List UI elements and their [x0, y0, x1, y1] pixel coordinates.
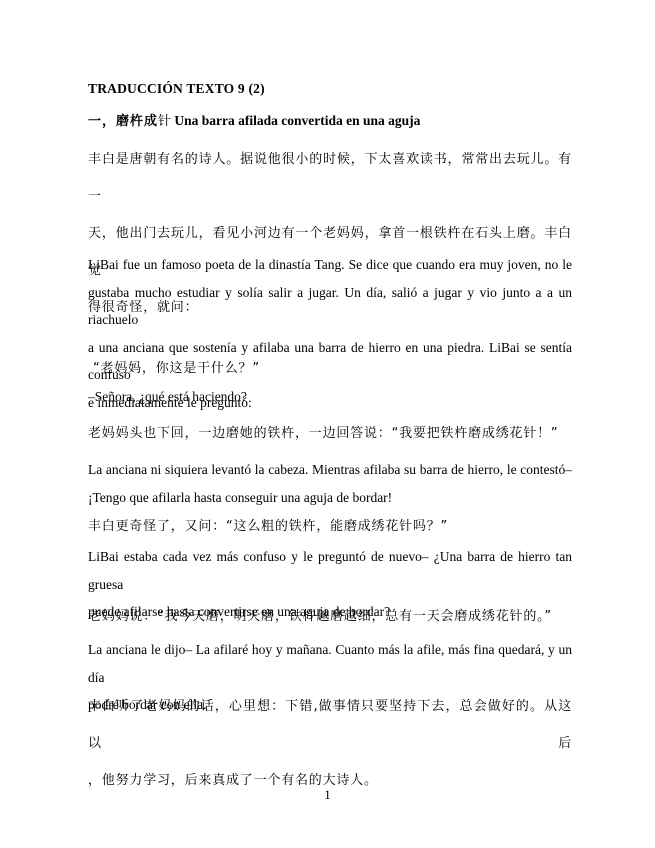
- text-line: gustaba mucho estudiar y solía salir a j…: [88, 279, 572, 334]
- text-line: 老妈妈头也下回，一边磨她的铁杵，一边回答说：“我要把铁杵磨成绣花针！”: [88, 415, 572, 452]
- chinese-quote-1: “老妈妈，你这是干什么？”: [88, 350, 572, 387]
- section-heading: 一，磨杵成针 Una barra afilada convertida en u…: [88, 110, 572, 133]
- text-line: La anciana le dijo– La afilaré hoy y mañ…: [88, 636, 572, 691]
- text-line: La anciana ni siquiera levantó la cabeza…: [88, 456, 572, 484]
- chinese-paragraph-3: 丰白更奇怪了，又问：“这么粗的铁杵，能磨成绣花针吗？”: [88, 508, 572, 545]
- heading-spanish: Una barra afilada convertida en una aguj…: [171, 113, 420, 128]
- text-line: ¡Tengo que afilarla hasta conseguir una …: [88, 484, 572, 512]
- heading-chinese-bold: 一，磨杵成: [88, 114, 158, 129]
- chinese-paragraph-5: 丰白听了老妈妈的话，心里想：下错,做事情只要坚持下去，总会做好的。从这以后 ，他…: [88, 688, 572, 799]
- text-line: 丰白听了老妈妈的话，心里想：下错,做事情只要坚持下去，总会做好的。从这以后: [88, 688, 572, 762]
- chinese-paragraph-2: 老妈妈头也下回，一边磨她的铁杵，一边回答说：“我要把铁杵磨成绣花针！”: [88, 415, 572, 452]
- text-line: 丰白更奇怪了，又问：“这么粗的铁杵，能磨成绣花针吗？”: [88, 508, 572, 545]
- spanish-paragraph-2: La anciana ni siquiera levantó la cabeza…: [88, 456, 572, 511]
- chinese-paragraph-4: 老妈妈说：“我今天磨，明天磨，铁杵越磨越细，总有一天会磨成绣花针的。”: [88, 598, 572, 635]
- text-line: 丰白是唐朝有名的诗人。据说他很小的时候，下太喜欢读书，常常出去玩儿。有一: [88, 141, 572, 215]
- text-line: LiBai fue un famoso poeta de la dinastía…: [88, 251, 572, 279]
- document-page: TRADUCCIÓN TEXTO 9 (2) 一，磨杵成针 Una barra …: [0, 0, 655, 848]
- text-line: –Señora, ¿qué está haciendo?: [88, 383, 572, 411]
- text-line: LiBai estaba cada vez más confuso y le p…: [88, 543, 572, 598]
- text-line: “老妈妈，你这是干什么？”: [93, 350, 572, 387]
- spanish-line-1: –Señora, ¿qué está haciendo?: [88, 383, 572, 411]
- heading-chinese-regular: 针: [158, 114, 171, 129]
- page-number: 1: [0, 787, 655, 803]
- text-line: 老妈妈说：“我今天磨，明天磨，铁杵越磨越细，总有一天会磨成绣花针的。”: [88, 598, 572, 635]
- document-title: TRADUCCIÓN TEXTO 9 (2): [88, 79, 572, 99]
